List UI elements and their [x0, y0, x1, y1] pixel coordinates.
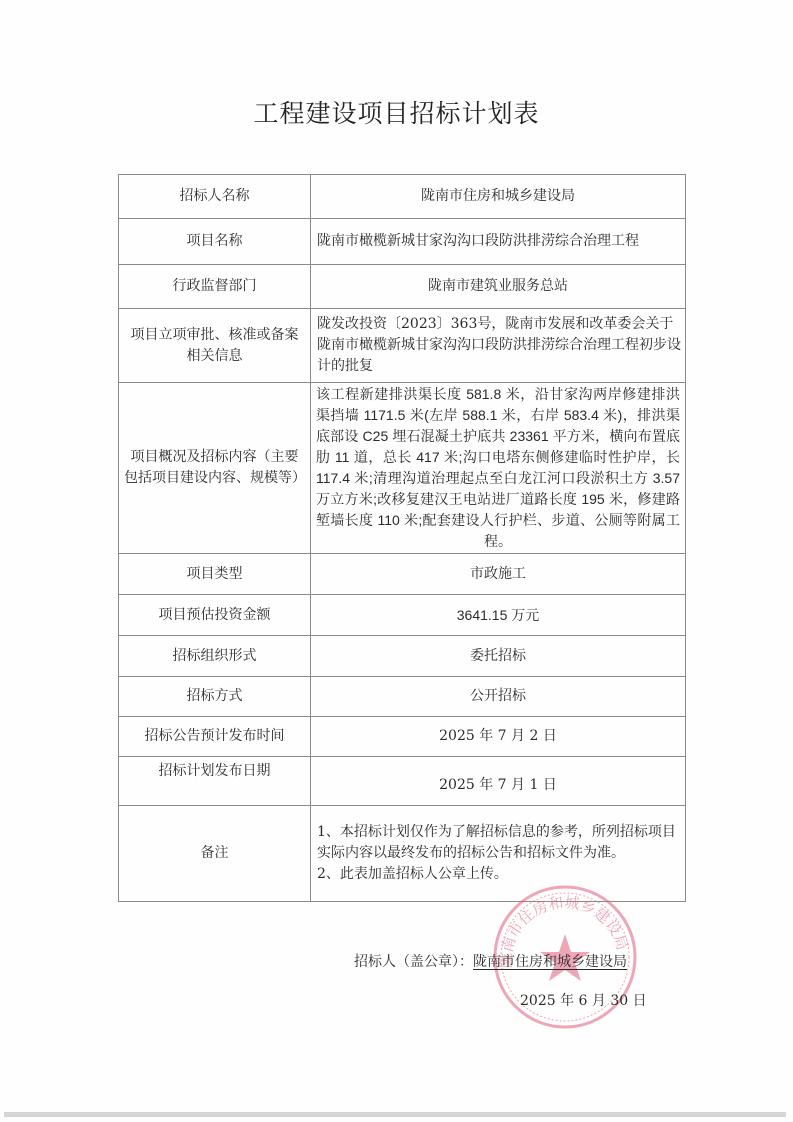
- table-row: 项目概况及招标内容（主要包括项目建设内容、规模等） 该工程新建排洪渠长度 581…: [119, 383, 686, 554]
- page-bottom-edge: [4, 1112, 786, 1117]
- row-label: 项目立项审批、核准或备案相关信息: [119, 309, 311, 383]
- table-row: 行政监督部门 陇南市建筑业服务总站: [119, 265, 686, 309]
- row-label: 备注: [119, 806, 311, 902]
- row-label: 项目概况及招标内容（主要包括项目建设内容、规模等）: [119, 383, 311, 554]
- row-value: 3641.15 万元: [311, 595, 686, 636]
- note-item: 1、本招标计划仅作为了解招标信息的参考，所列招标项目实际内容以最终发布的招标公告…: [317, 822, 681, 864]
- row-value: 该工程新建排洪渠长度 581.8 米，沿甘家沟两岸修建排洪渠挡墙 1171.5 …: [311, 383, 686, 554]
- row-value: 市政施工: [311, 554, 686, 595]
- table-row: 招标人名称 陇南市住房和城乡建设局: [119, 175, 686, 219]
- table-row: 项目立项审批、核准或备案相关信息 陇发改投资〔2023〕363号，陇南市发展和改…: [119, 309, 686, 383]
- row-value: 公开招标: [311, 677, 686, 717]
- table-row: 招标方式 公开招标: [119, 677, 686, 717]
- row-label: 项目类型: [119, 554, 311, 595]
- table-row: 招标组织形式 委托招标: [119, 636, 686, 677]
- row-label: 招标公告预计发布时间: [119, 717, 311, 757]
- row-value: 2025 年 7 月 1 日: [311, 757, 686, 806]
- table-row: 项目名称 陇南市橄榄新城甘家沟沟口段防洪排涝综合治理工程: [119, 219, 686, 265]
- bidding-plan-table: 招标人名称 陇南市住房和城乡建设局 项目名称 陇南市橄榄新城甘家沟沟口段防洪排涝…: [118, 174, 686, 902]
- row-label: 招标组织形式: [119, 636, 311, 677]
- row-label: 行政监督部门: [119, 265, 311, 309]
- signature-line: 招标人（盖公章）：陇南市住房和城乡建设局: [354, 951, 627, 971]
- row-value: 2025 年 7 月 2 日: [311, 717, 686, 757]
- row-value: 委托招标: [311, 636, 686, 677]
- row-value: 陇南市建筑业服务总站: [311, 265, 686, 309]
- row-value: 陇发改投资〔2023〕363号，陇南市发展和改革委会关于陇南市橄榄新城甘家沟沟口…: [311, 309, 686, 383]
- table-row: 招标计划发布日期 2025 年 7 月 1 日: [119, 757, 686, 806]
- row-value: 陇南市橄榄新城甘家沟沟口段防洪排涝综合治理工程: [311, 219, 686, 265]
- row-label: 招标方式: [119, 677, 311, 717]
- signature-org: 陇南市住房和城乡建设局: [473, 954, 627, 970]
- table-row: 项目类型 市政施工: [119, 554, 686, 595]
- row-label: 招标人名称: [119, 175, 311, 219]
- row-value: 陇南市住房和城乡建设局: [311, 175, 686, 219]
- table-row: 项目预估投资金额 3641.15 万元: [119, 595, 686, 636]
- signature-label: 招标人（盖公章）：: [354, 954, 473, 970]
- table-row: 招标公告预计发布时间 2025 年 7 月 2 日: [119, 717, 686, 757]
- row-label: 招标计划发布日期: [119, 757, 311, 806]
- row-label: 项目预估投资金额: [119, 595, 311, 636]
- row-label: 项目名称: [119, 219, 311, 265]
- page-title: 工程建设项目招标计划表: [0, 94, 793, 130]
- signature-date: 2025 年 6 月 30 日: [520, 990, 647, 1010]
